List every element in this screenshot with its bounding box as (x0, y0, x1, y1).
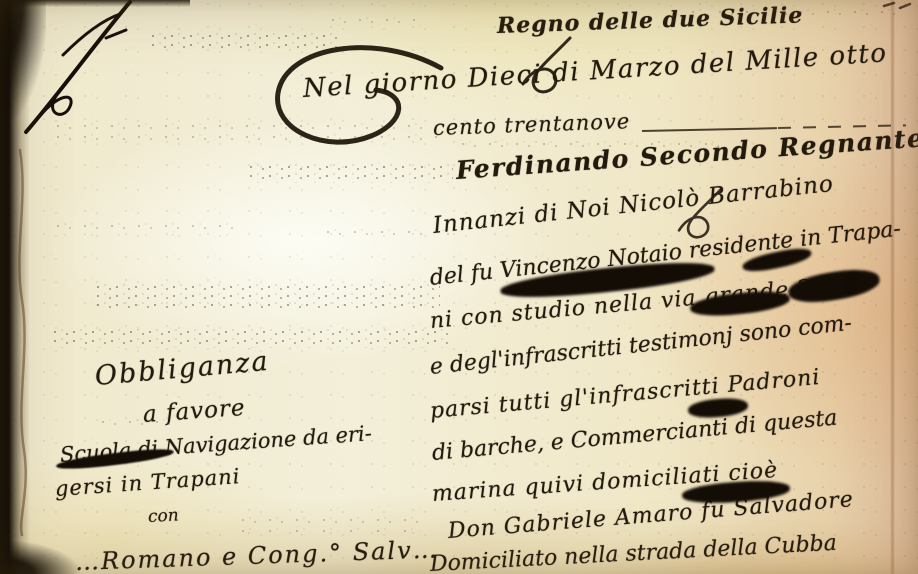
bleed-band (55, 222, 245, 236)
bottom-left-corner-shadow (0, 540, 80, 574)
gutter-ghost-writing (8, 140, 40, 540)
bleed-band (240, 516, 430, 532)
bleed-band (325, 228, 450, 240)
bleed-band (52, 328, 452, 348)
bleed-band (95, 283, 440, 309)
page-fold-line (891, 0, 894, 574)
margin-note-line: con (147, 505, 179, 527)
bleed-band (248, 163, 453, 183)
manuscript-scan-page: Regno delle due Sicilie Nel giorno Dieci… (0, 0, 918, 574)
bleed-band (330, 16, 420, 28)
diagonal-scribble (8, 0, 148, 140)
corner-mark-fragment (880, 0, 918, 14)
